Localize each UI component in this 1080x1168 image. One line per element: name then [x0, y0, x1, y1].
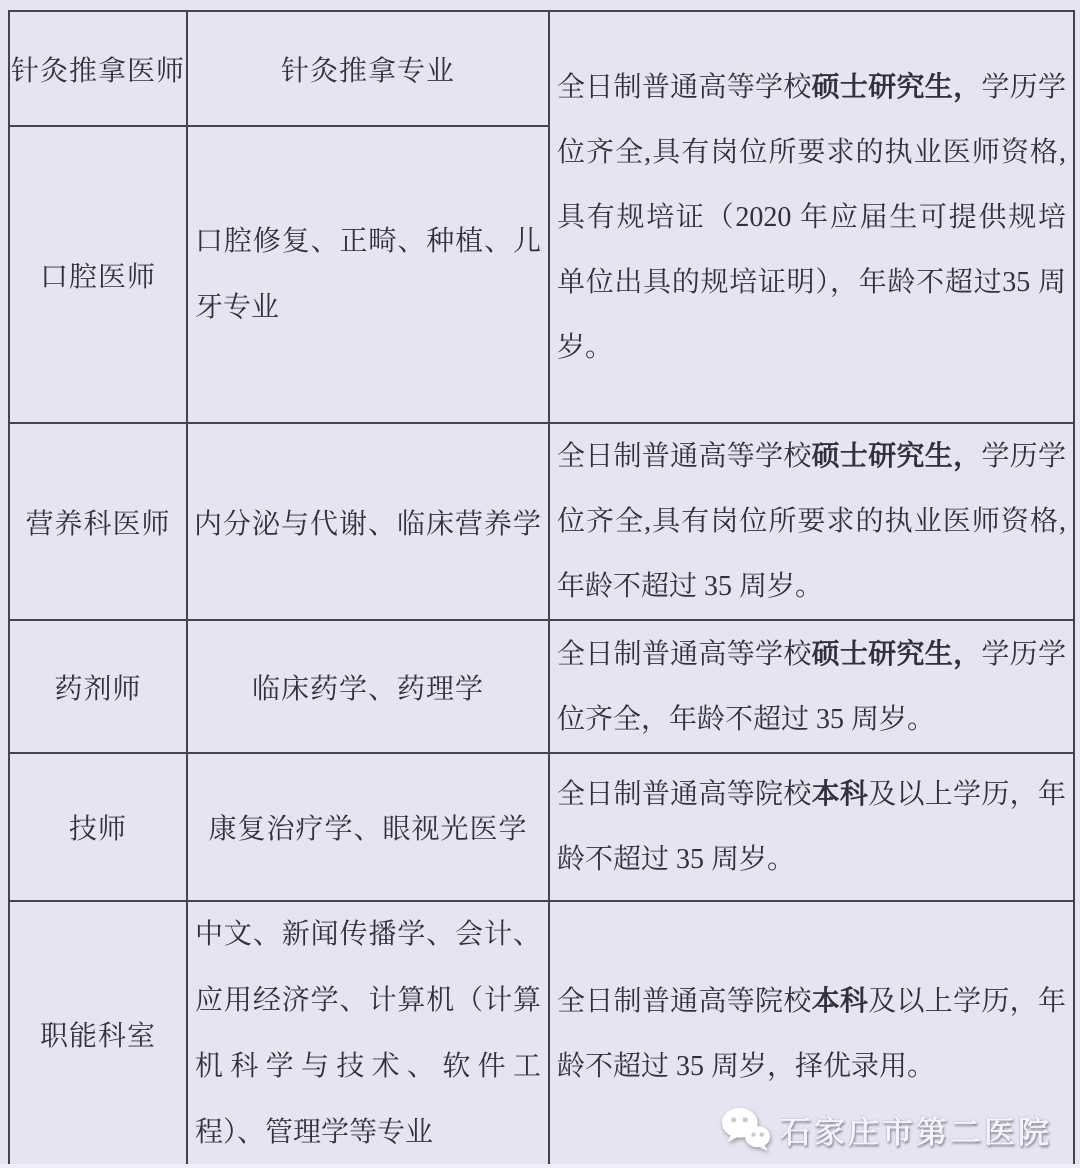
requirement-cell: 全日制普通高等学校硕士研究生，学历学位齐全,具有岗位所要求的执业医师资格,年龄不…	[549, 423, 1074, 620]
requirement-cell: 全日制普通高等院校本科及以上学历，年龄不超过 35 周岁，择优录用。	[549, 901, 1074, 1167]
position-cell: 技师	[9, 753, 187, 901]
table-row: 药剂师 临床药学、药理学 全日制普通高等学校硕士研究生，学历学位齐全，年龄不超过…	[9, 620, 1074, 753]
major-cell: 康复治疗学、眼视光医学	[187, 753, 549, 901]
requirement-cell: 全日制普通高等学校硕士研究生，学历学位齐全，年龄不超过 35 周岁。	[549, 620, 1074, 753]
major-cell: 内分泌与代谢、临床营养学	[187, 423, 549, 620]
position-cell: 营养科医师	[9, 423, 187, 620]
major-cell: 针灸推拿专业	[187, 11, 549, 126]
recruitment-table: 针灸推拿医师 针灸推拿专业 全日制普通高等学校硕士研究生，学历学位齐全,具有岗位…	[8, 10, 1075, 1168]
table-row: 职能科室 中文、新闻传播学、会计、应用经济学、计算机（计算机科学与技术、软件工程…	[9, 901, 1074, 1167]
position-cell: 职能科室	[9, 901, 187, 1167]
table-row: 针灸推拿医师 针灸推拿专业 全日制普通高等学校硕士研究生，学历学位齐全,具有岗位…	[9, 11, 1074, 126]
major-cell: 中文、新闻传播学、会计、应用经济学、计算机（计算机科学与技术、软件工程）、管理学…	[187, 901, 549, 1167]
major-cell: 口腔修复、正畸、种植、儿牙专业	[187, 126, 549, 423]
position-cell: 药剂师	[9, 620, 187, 753]
major-cell: 临床药学、药理学	[187, 620, 549, 753]
table-row: 技师 康复治疗学、眼视光医学 全日制普通高等院校本科及以上学历，年龄不超过 35…	[9, 753, 1074, 901]
position-cell: 口腔医师	[9, 126, 187, 423]
position-cell: 针灸推拿医师	[9, 11, 187, 126]
page-bottom-highlight	[0, 1164, 1080, 1168]
table-row: 营养科医师 内分泌与代谢、临床营养学 全日制普通高等学校硕士研究生，学历学位齐全…	[9, 423, 1074, 620]
requirement-cell: 全日制普通高等学校硕士研究生，学历学位齐全,具有岗位所要求的执业医师资格,具有规…	[549, 11, 1074, 423]
requirement-cell: 全日制普通高等院校本科及以上学历，年龄不超过 35 周岁。	[549, 753, 1074, 901]
